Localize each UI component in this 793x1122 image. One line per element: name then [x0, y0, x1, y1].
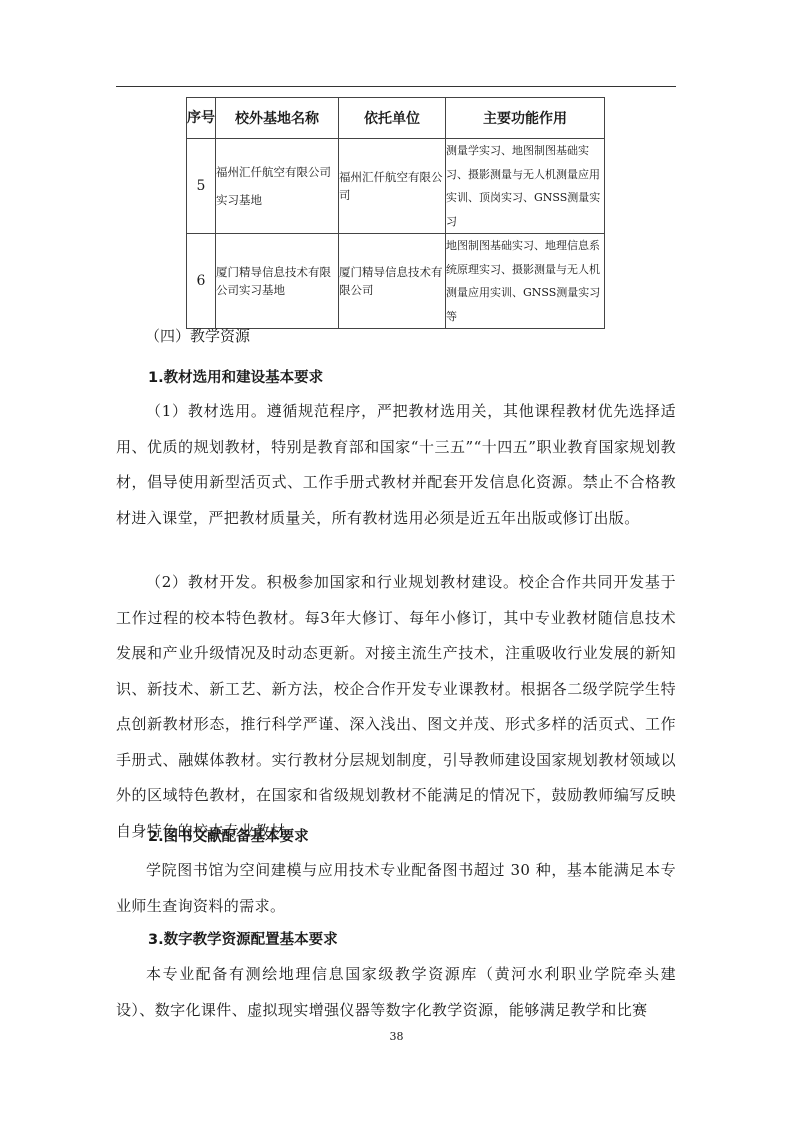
subsection-heading-1: 1.教材选用和建设基本要求 [148, 366, 323, 387]
paragraph-textbook-development: （2）教材开发。积极参加国家和行业规划教材建设。校企合作共同开发基于工作过程的校… [116, 565, 676, 849]
page-number: 38 [0, 1030, 793, 1043]
section-title: （四）教学资源 [145, 325, 250, 346]
paragraph-library: 学院图书馆为空间建模与应用技术专业配备图书超过 30 种，基本能满足本专业师生查… [116, 853, 676, 924]
header-unit: 依托单位 [339, 98, 446, 139]
table-header-row: 序号 校外基地名称 依托单位 主要功能作用 [187, 98, 605, 139]
internship-base-table: 序号 校外基地名称 依托单位 主要功能作用 5 福州汇仟航空有限公司实习基地 福… [186, 97, 605, 329]
subsection-heading-3: 3.数字教学资源配置基本要求 [148, 928, 338, 949]
cell-function: 地图制图基础实习、地理信息系统原理实习、摄影测量与无人机测量应用实训、GNSS测… [446, 234, 605, 329]
cell-function: 测量学实习、地图制图基础实习、摄影测量与无人机测量应用实训、顶岗实习、GNSS测… [446, 139, 605, 234]
header-base-name: 校外基地名称 [216, 98, 339, 139]
cell-seq: 5 [187, 139, 216, 234]
cell-seq: 6 [187, 234, 216, 329]
header-function: 主要功能作用 [446, 98, 605, 139]
paragraph-textbook-selection: （1）教材选用。遵循规范程序，严把教材选用关，其他课程教材优先选择适用、优质的规… [116, 394, 676, 536]
cell-unit: 福州汇仟航空有限公司 [339, 139, 446, 234]
table-row: 6 厦门精导信息技术有限公司实习基地 厦门精导信息技术有限公司 地图制图基础实习… [187, 234, 605, 329]
subsection-heading-2: 2.图书文献配备基本要求 [148, 825, 309, 846]
paragraph-digital-resources: 本专业配备有测绘地理信息国家级教学资源库（黄河水利职业学院牵头建设）、数字化课件… [116, 957, 676, 1028]
header-seq: 序号 [187, 98, 216, 139]
cell-base-name: 厦门精导信息技术有限公司实习基地 [216, 234, 339, 329]
header-rule [116, 86, 676, 87]
cell-unit: 厦门精导信息技术有限公司 [339, 234, 446, 329]
table-row: 5 福州汇仟航空有限公司实习基地 福州汇仟航空有限公司 测量学实习、地图制图基础… [187, 139, 605, 234]
cell-base-name: 福州汇仟航空有限公司实习基地 [216, 139, 339, 234]
